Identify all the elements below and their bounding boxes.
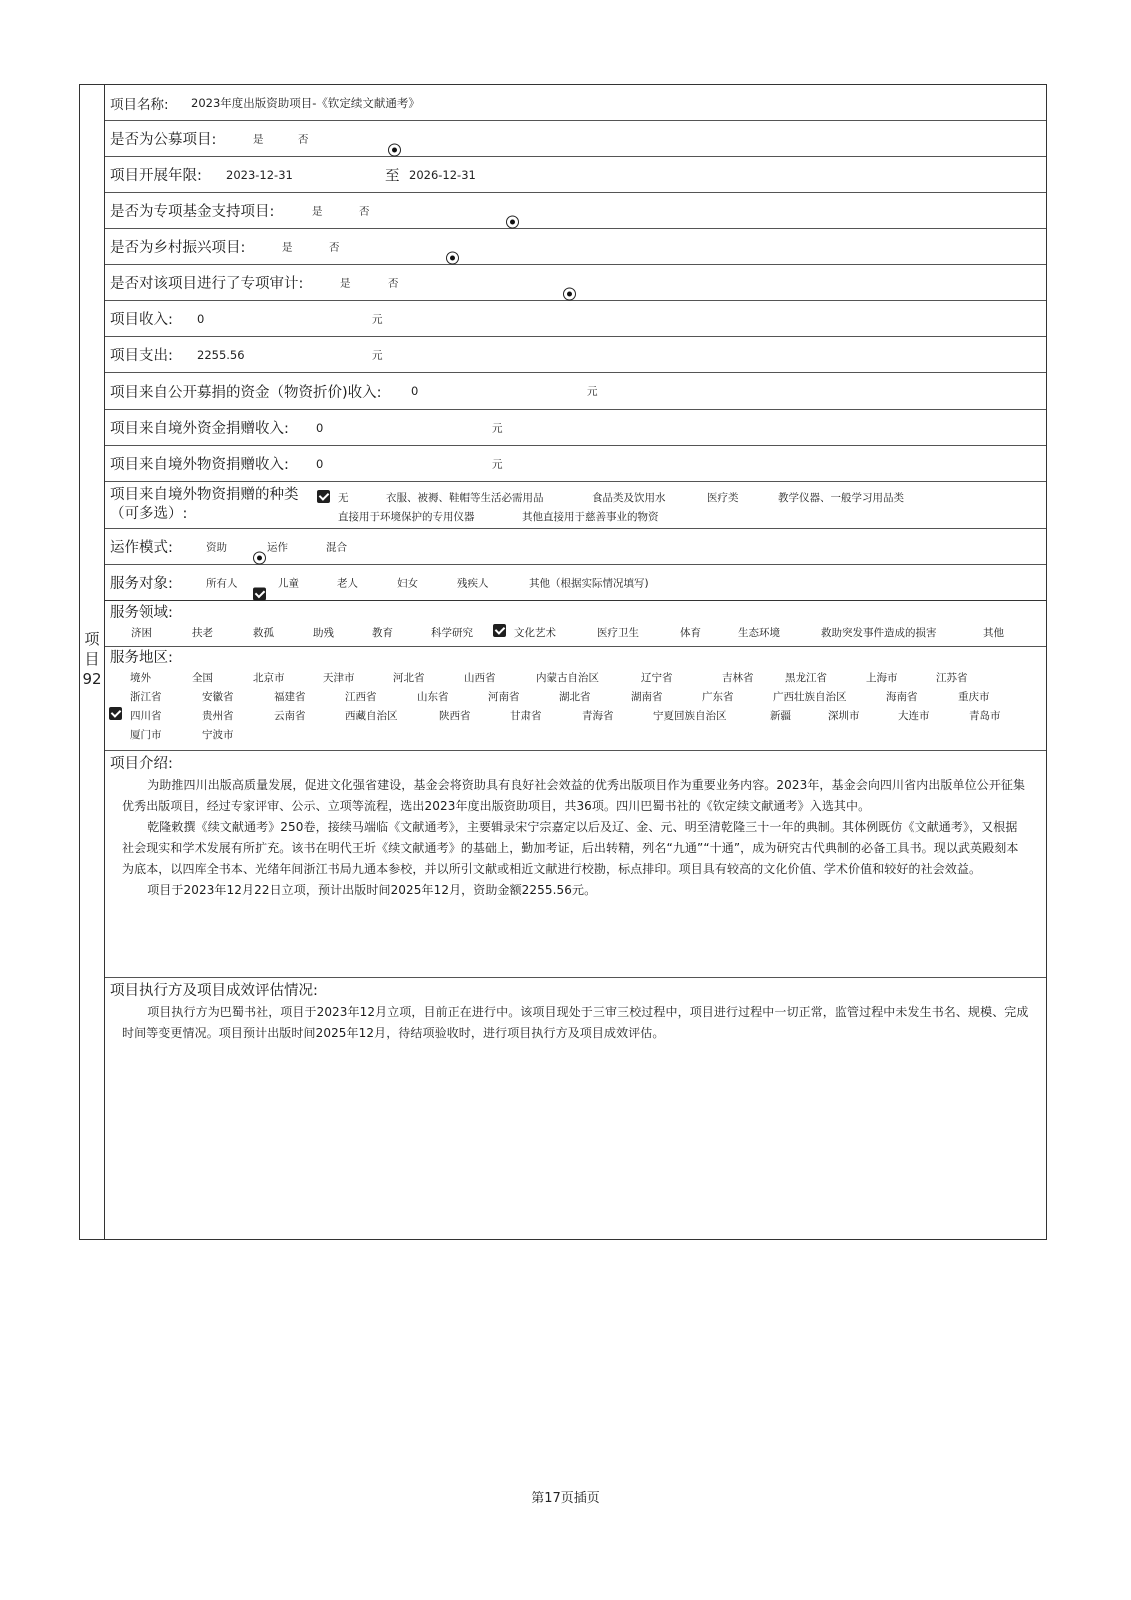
service-target-label: 服务对象: bbox=[110, 572, 173, 593]
service-field-block: 服务领域: 济困 扶老 救孤 助残 教育 科学研究 文化艺术 医疗卫生 体育 生… bbox=[105, 601, 1046, 647]
project-name-value: 2023年度出版资助项目-《钦定续文献通考》 bbox=[191, 95, 420, 111]
option-food-water[interactable]: 食品类及饮用水 bbox=[592, 490, 666, 505]
option-region[interactable]: 安徽省 bbox=[202, 689, 234, 704]
service-region-block: 服务地区: 境外全国北京市天津市河北省山西省内蒙古自治区辽宁省吉林省黑龙江省上海… bbox=[105, 647, 1046, 751]
option-culture-arts[interactable]: 文化艺术 bbox=[514, 625, 556, 640]
option-region[interactable]: 北京市 bbox=[253, 670, 285, 685]
option-none[interactable]: 无 bbox=[338, 490, 349, 505]
option-medical[interactable]: 医疗类 bbox=[707, 490, 739, 505]
option-daily-necessities[interactable]: 衣服、被褥、鞋帽等生活必需用品 bbox=[386, 490, 544, 505]
income-unit: 元 bbox=[372, 311, 383, 326]
overseas-fund-income-value: 0 bbox=[316, 421, 323, 435]
option-yes[interactable]: 是 bbox=[253, 131, 264, 146]
option-region[interactable]: 四川省 bbox=[130, 708, 162, 723]
service-region-row: 境外全国北京市天津市河北省山西省内蒙古自治区辽宁省吉林省黑龙江省上海市江苏省 bbox=[110, 667, 1041, 686]
radio-selected-icon[interactable] bbox=[563, 287, 576, 300]
option-region[interactable]: 深圳市 bbox=[828, 708, 860, 723]
option-other-charity-goods[interactable]: 其他直接用于慈善事业的物资 bbox=[522, 509, 659, 524]
radio-selected-icon[interactable] bbox=[253, 551, 266, 564]
option-elderly-care[interactable]: 扶老 bbox=[192, 625, 213, 640]
option-environment-instruments[interactable]: 直接用于环境保护的专用仪器 bbox=[338, 509, 475, 524]
overseas-goods-types-label: 项目来自境外物资捐赠的种类 bbox=[110, 486, 1046, 505]
checkbox-checked-icon[interactable] bbox=[253, 587, 266, 600]
overseas-fund-income-label: 项目来自境外资金捐赠收入: bbox=[110, 417, 289, 438]
overseas-goods-income-label: 项目来自境外物资捐赠收入: bbox=[110, 453, 289, 474]
period-start: 2023-12-31 bbox=[226, 168, 293, 182]
option-region[interactable]: 宁夏回族自治区 bbox=[653, 708, 727, 723]
option-region[interactable]: 全国 bbox=[192, 670, 213, 685]
option-no[interactable]: 否 bbox=[359, 203, 370, 218]
overseas-goods-income-unit: 元 bbox=[492, 456, 503, 471]
option-other[interactable]: 其他 bbox=[983, 625, 1004, 640]
option-region[interactable]: 云南省 bbox=[274, 708, 306, 723]
introduction-paragraph: 项目于2023年12月22日立项，预计出版时间2025年12月，资助金额2255… bbox=[122, 880, 1029, 901]
option-region[interactable]: 天津市 bbox=[323, 670, 355, 685]
option-region[interactable]: 湖北省 bbox=[559, 689, 591, 704]
option-orphan-relief[interactable]: 救孤 bbox=[253, 625, 274, 640]
option-education[interactable]: 教育 bbox=[372, 625, 393, 640]
evaluation-block: 项目执行方及项目成效评估情况: 项目执行方为巴蜀书社，项目于2023年12月立项… bbox=[105, 978, 1046, 1239]
option-ecology[interactable]: 生态环境 bbox=[738, 625, 780, 640]
option-no[interactable]: 否 bbox=[329, 239, 340, 254]
option-operation[interactable]: 运作 bbox=[267, 539, 288, 554]
expense-label: 项目支出: bbox=[110, 344, 173, 365]
operation-mode-label: 运作模式: bbox=[110, 536, 173, 557]
project-form: 项 目 92 项目名称: 2023年度出版资助项目-《钦定续文献通考》 是否为公… bbox=[79, 84, 1047, 1240]
option-region[interactable]: 黑龙江省 bbox=[785, 670, 827, 685]
option-region[interactable]: 青海省 bbox=[582, 708, 614, 723]
option-region[interactable]: 浙江省 bbox=[130, 689, 162, 704]
option-no[interactable]: 否 bbox=[298, 131, 309, 146]
public-donation-income-value: 0 bbox=[411, 384, 418, 398]
side-label-number: 92 bbox=[80, 669, 104, 689]
option-region[interactable]: 内蒙古自治区 bbox=[536, 670, 599, 685]
expense-row: 项目支出: 2255.56 元 bbox=[105, 337, 1046, 373]
option-funding[interactable]: 资助 bbox=[206, 539, 227, 554]
option-poverty-relief[interactable]: 济困 bbox=[131, 625, 152, 640]
evaluation-label: 项目执行方及项目成效评估情况: bbox=[110, 982, 1041, 1000]
radio-selected-icon[interactable] bbox=[506, 215, 519, 228]
service-region-label: 服务地区: bbox=[110, 649, 1041, 667]
overseas-goods-types-row: 项目来自境外物资捐赠的种类 （可多选）: 无 衣服、被褥、鞋帽等生活必需用品 食… bbox=[105, 482, 1046, 529]
project-name-row: 项目名称: 2023年度出版资助项目-《钦定续文献通考》 bbox=[105, 85, 1046, 121]
service-region-options: 境外全国北京市天津市河北省山西省内蒙古自治区辽宁省吉林省黑龙江省上海市江苏省浙江… bbox=[110, 667, 1041, 743]
option-yes[interactable]: 是 bbox=[282, 239, 293, 254]
option-mixed[interactable]: 混合 bbox=[326, 539, 347, 554]
period-end: 2026-12-31 bbox=[409, 168, 476, 182]
option-no[interactable]: 否 bbox=[388, 275, 399, 290]
introduction-label: 项目介绍: bbox=[110, 755, 1041, 773]
project-number-column: 项 目 92 bbox=[80, 85, 105, 1239]
option-region[interactable]: 上海市 bbox=[866, 670, 898, 685]
option-disabled[interactable]: 残疾人 bbox=[457, 575, 489, 590]
option-region[interactable]: 吉林省 bbox=[722, 670, 754, 685]
service-region-row: 四川省贵州省云南省西藏自治区陕西省甘肃省青海省宁夏回族自治区新疆深圳市大连市青岛… bbox=[110, 705, 1041, 724]
option-healthcare[interactable]: 医疗卫生 bbox=[597, 625, 639, 640]
introduction-paragraph: 乾隆敕撰《续文献通考》250卷，接续马端临《文献通考》，主要辑录宋宁宗嘉定以后及… bbox=[122, 817, 1029, 880]
public-donation-income-row: 项目来自公开募捐的资金（物资折价)收入: 0 元 bbox=[105, 373, 1046, 410]
overseas-goods-income-value: 0 bbox=[316, 457, 323, 471]
introduction-paragraph: 为助推四川出版高质量发展，促进文化强省建设，基金会将资助具有良好社会效益的优秀出… bbox=[122, 775, 1029, 817]
option-emergency-relief[interactable]: 救助突发事件造成的损害 bbox=[821, 625, 937, 640]
radio-selected-icon[interactable] bbox=[388, 143, 401, 156]
income-value: 0 bbox=[197, 312, 204, 326]
option-children[interactable]: 儿童 bbox=[278, 575, 299, 590]
option-region[interactable]: 湖南省 bbox=[631, 689, 663, 704]
option-region[interactable]: 山西省 bbox=[464, 670, 496, 685]
income-row: 项目收入: 0 元 bbox=[105, 301, 1046, 337]
checkbox-checked-icon[interactable] bbox=[493, 624, 506, 637]
option-region[interactable]: 境外 bbox=[130, 670, 151, 685]
option-region[interactable]: 山东省 bbox=[417, 689, 449, 704]
option-disability-aid[interactable]: 助残 bbox=[313, 625, 334, 640]
operation-mode-row: 运作模式: 资助 运作 混合 bbox=[105, 529, 1046, 565]
option-elderly[interactable]: 老人 bbox=[337, 575, 358, 590]
option-region[interactable]: 甘肃省 bbox=[510, 708, 542, 723]
option-region[interactable]: 河南省 bbox=[488, 689, 520, 704]
period-to-label: 至 bbox=[385, 164, 400, 185]
option-other[interactable]: 其他（根据实际情况填写) bbox=[529, 575, 649, 590]
service-field-options: 济困 扶老 救孤 助残 教育 科学研究 文化艺术 医疗卫生 体育 生态环境 救助… bbox=[110, 622, 1041, 641]
special-audit-label: 是否对该项目进行了专项审计: bbox=[110, 272, 303, 293]
option-teaching-supplies[interactable]: 教学仪器、一般学习用品类 bbox=[778, 490, 904, 505]
option-yes[interactable]: 是 bbox=[340, 275, 351, 290]
option-region[interactable]: 广东省 bbox=[702, 689, 734, 704]
option-everyone[interactable]: 所有人 bbox=[206, 575, 238, 590]
expense-value: 2255.56 bbox=[197, 348, 245, 362]
option-region[interactable]: 西藏自治区 bbox=[345, 708, 398, 723]
project-name-label: 项目名称: bbox=[110, 93, 169, 113]
overseas-fund-income-row: 项目来自境外资金捐赠收入: 0 元 bbox=[105, 410, 1046, 446]
option-region[interactable]: 福建省 bbox=[274, 689, 306, 704]
service-field-label: 服务领域: bbox=[110, 604, 1041, 622]
rural-revitalization-row: 是否为乡村振兴项目: 是 否 bbox=[105, 229, 1046, 265]
option-region[interactable]: 重庆市 bbox=[958, 689, 990, 704]
public-donation-income-unit: 元 bbox=[587, 384, 598, 399]
rural-revitalization-label: 是否为乡村振兴项目: bbox=[110, 236, 245, 257]
project-number-label: 项 目 92 bbox=[80, 629, 104, 689]
special-audit-row: 是否对该项目进行了专项审计: 是 否 bbox=[105, 265, 1046, 301]
evaluation-paragraph: 项目执行方为巴蜀书社，项目于2023年12月立项，目前正在进行中。该项目现处于三… bbox=[122, 1002, 1029, 1044]
project-period-label: 项目开展年限: bbox=[110, 164, 202, 185]
public-fundraising-label: 是否为公募项目: bbox=[110, 128, 216, 149]
option-region[interactable]: 辽宁省 bbox=[641, 670, 673, 685]
service-target-row: 服务对象: 所有人 儿童 老人 妇女 残疾人 其他（根据实际情况填写) bbox=[105, 565, 1046, 601]
option-women[interactable]: 妇女 bbox=[397, 575, 418, 590]
option-region[interactable]: 江苏省 bbox=[936, 670, 968, 685]
project-period-row: 项目开展年限: 2023-12-31 至 2026-12-31 bbox=[105, 157, 1046, 193]
page-footer: 第17页插页 bbox=[0, 1487, 1131, 1506]
special-fund-label: 是否为专项基金支持项目: bbox=[110, 200, 274, 221]
public-donation-income-label: 项目来自公开募捐的资金（物资折价)收入: bbox=[110, 381, 382, 402]
service-region-row: 浙江省安徽省福建省江西省山东省河南省湖北省湖南省广东省广西壮族自治区海南省重庆市 bbox=[110, 686, 1041, 705]
option-region[interactable]: 陕西省 bbox=[439, 708, 471, 723]
option-region[interactable]: 厦门市 bbox=[130, 727, 162, 742]
option-region[interactable]: 新疆 bbox=[770, 708, 791, 723]
option-region[interactable]: 河北省 bbox=[393, 670, 425, 685]
overseas-goods-income-row: 项目来自境外物资捐赠收入: 0 元 bbox=[105, 446, 1046, 482]
service-region-row: 厦门市宁波市 bbox=[110, 724, 1041, 743]
side-label-char: 目 bbox=[80, 649, 104, 669]
option-region[interactable]: 海南省 bbox=[886, 689, 918, 704]
public-fundraising-row: 是否为公募项目: 是 否 bbox=[105, 121, 1046, 157]
option-region[interactable]: 宁波市 bbox=[202, 727, 234, 742]
option-yes[interactable]: 是 bbox=[312, 203, 323, 218]
radio-selected-icon[interactable] bbox=[446, 251, 459, 264]
option-region[interactable]: 广西壮族自治区 bbox=[773, 689, 847, 704]
form-main: 项目名称: 2023年度出版资助项目-《钦定续文献通考》 是否为公募项目: 是 … bbox=[105, 85, 1046, 1239]
option-region[interactable]: 江西省 bbox=[345, 689, 377, 704]
overseas-fund-income-unit: 元 bbox=[492, 420, 503, 435]
option-sports[interactable]: 体育 bbox=[680, 625, 701, 640]
option-region[interactable]: 贵州省 bbox=[202, 708, 234, 723]
option-region[interactable]: 青岛市 bbox=[969, 708, 1001, 723]
income-label: 项目收入: bbox=[110, 308, 173, 329]
introduction-block: 项目介绍: 为助推四川出版高质量发展，促进文化强省建设，基金会将资助具有良好社会… bbox=[105, 751, 1046, 978]
checkbox-checked-icon[interactable] bbox=[317, 490, 330, 503]
option-region[interactable]: 大连市 bbox=[898, 708, 930, 723]
expense-unit: 元 bbox=[372, 347, 383, 362]
option-science-research[interactable]: 科学研究 bbox=[431, 625, 473, 640]
side-label-char: 项 bbox=[80, 629, 104, 649]
special-fund-row: 是否为专项基金支持项目: 是 否 bbox=[105, 193, 1046, 229]
checkbox-checked-icon[interactable] bbox=[109, 707, 122, 720]
